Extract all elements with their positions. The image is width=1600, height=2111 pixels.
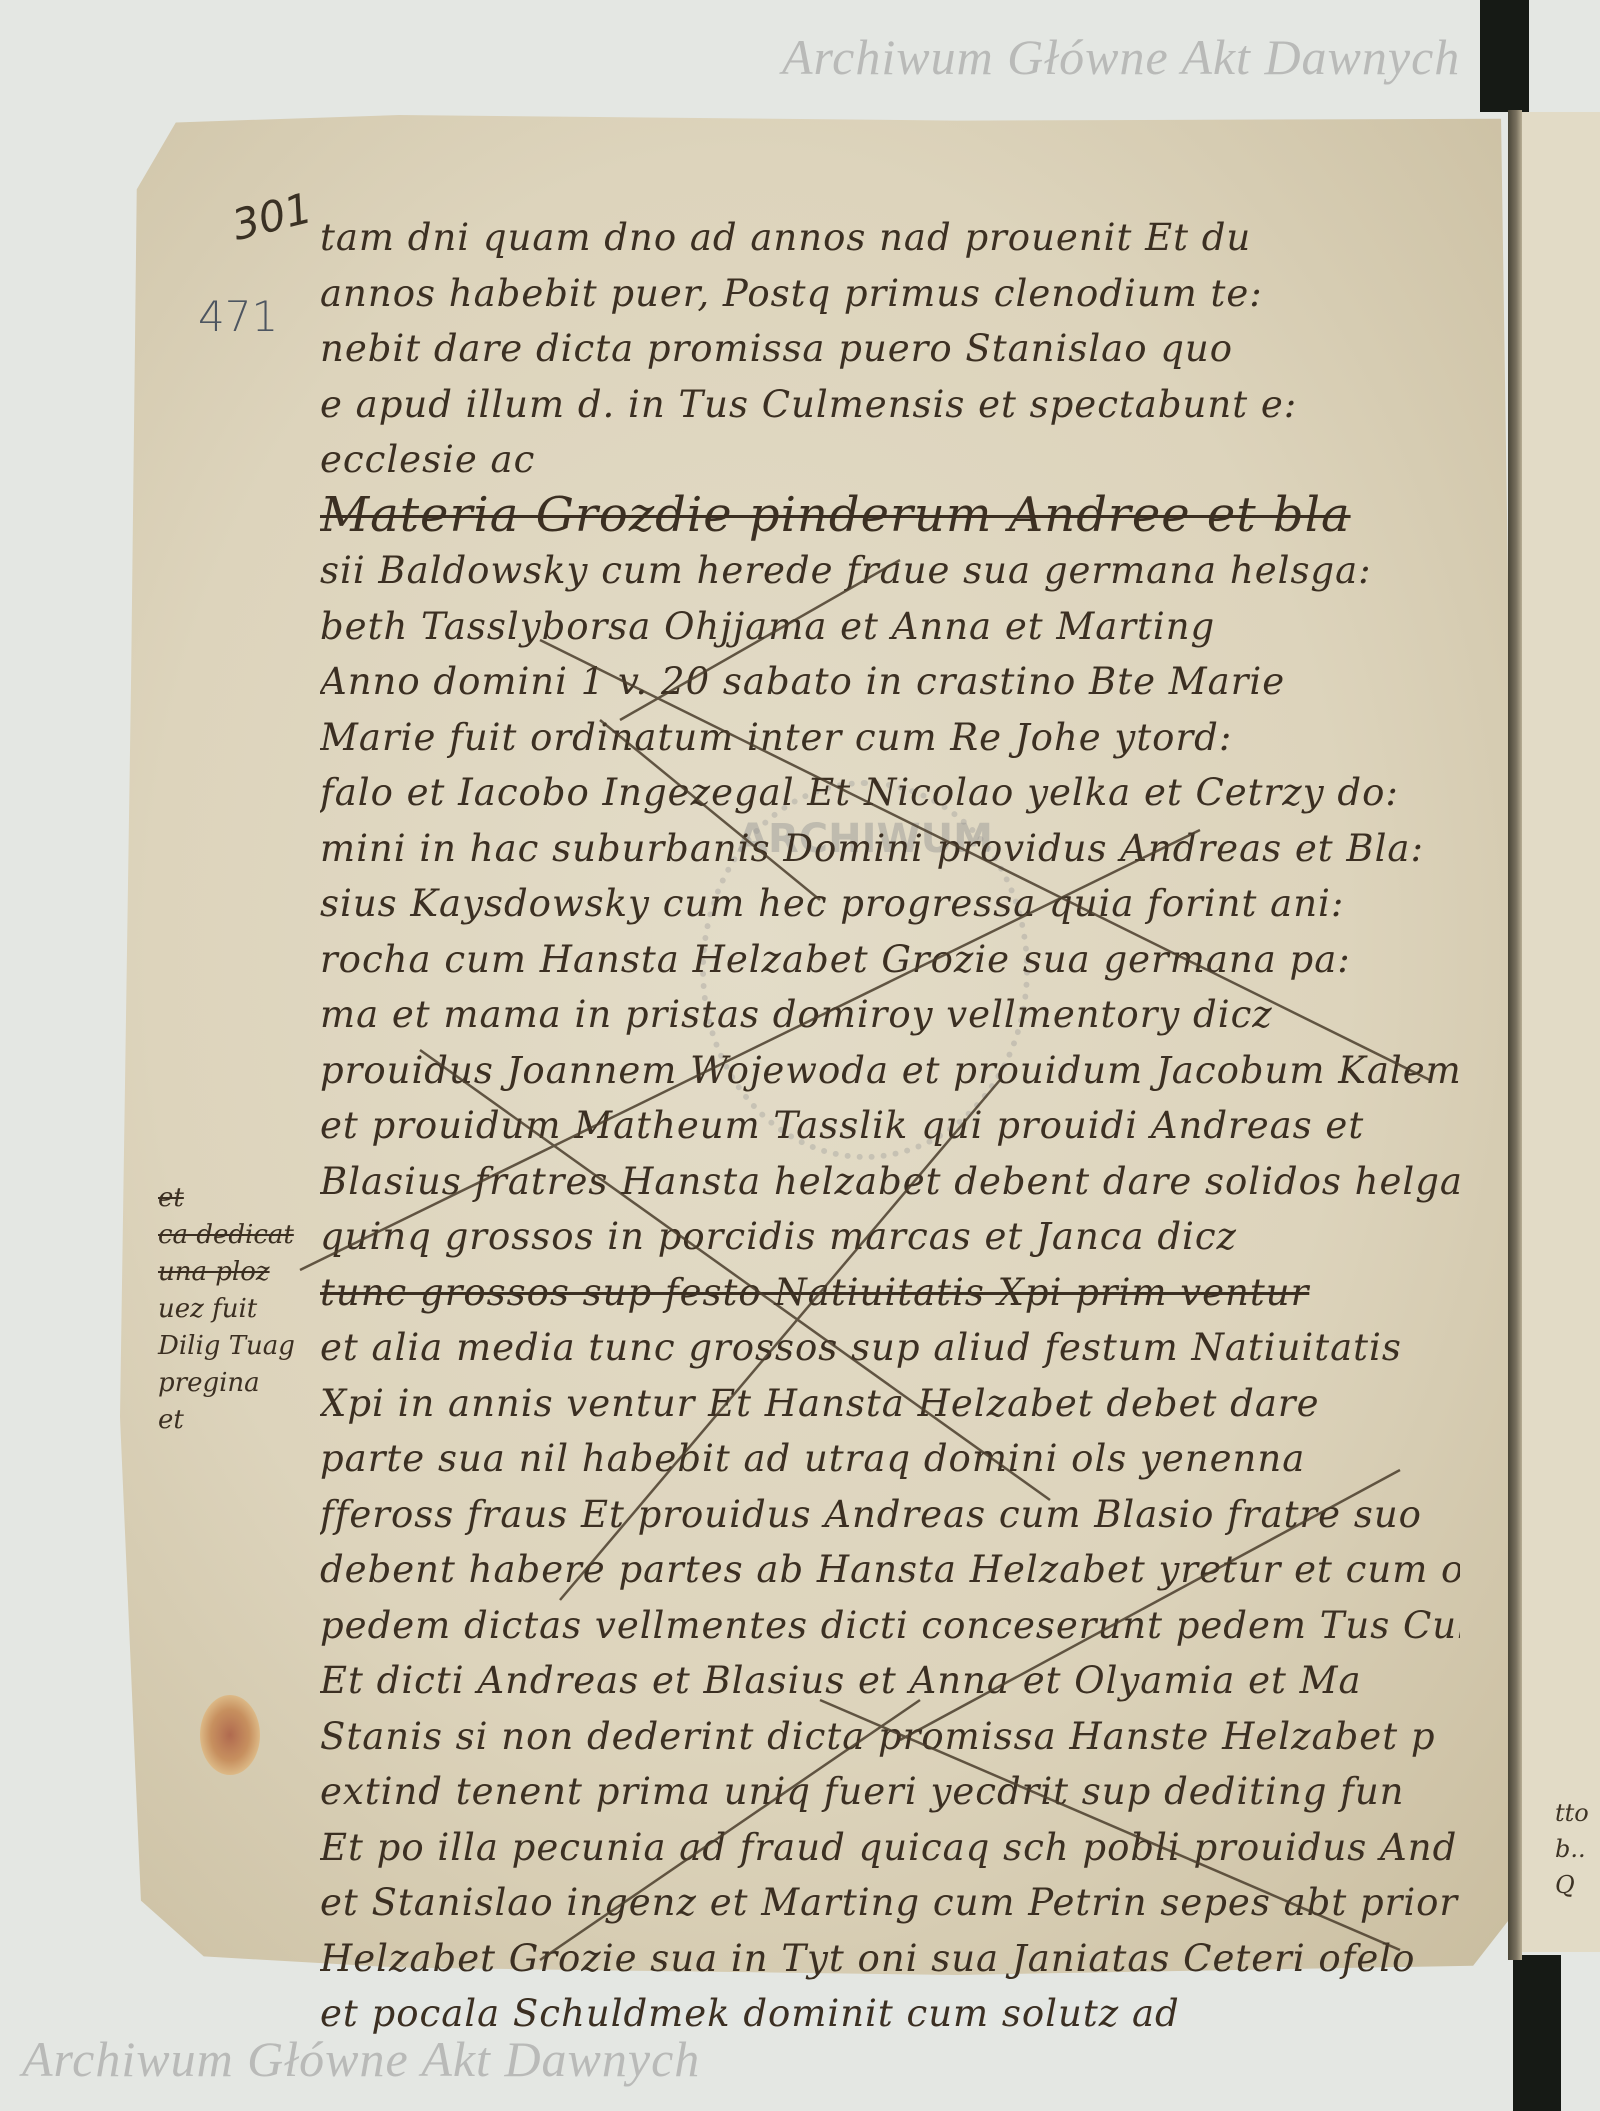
binding-strip-top [1480,0,1529,112]
archive-watermark-top: Archiwum Główne Akt Dawnych [782,28,1460,86]
margin-note-line: et [158,1180,308,1217]
manuscript-line: Xpi in annis ventur Et Hansta Helzabet d… [320,1376,1460,1432]
manuscript-line: Helzabet Grozie sua in Tyt oni sua Jania… [320,1931,1460,1987]
manuscript-line: e apud illum d. in Tus Culmensis et spec… [320,377,1460,433]
folio-number-pencil: 471 [198,292,278,341]
manuscript-line: nebit dare dicta promissa puero Stanisla… [320,321,1460,377]
facing-page-line: tto [1555,1795,1600,1831]
margin-note: etca dedicatuna plozuez fuitDilig Tuagpr… [158,1180,308,1439]
facing-page-line: b.. [1555,1831,1600,1867]
binding-strip-bottom [1513,1955,1561,2111]
manuscript-line: tam dni quam dno ad annos nad prouenit E… [320,210,1460,266]
archive-watermark-bottom: Archiwum Główne Akt Dawnych [22,2030,700,2088]
manuscript-line: ffeross fraus Et prouidus Andreas cum Bl… [320,1487,1460,1543]
margin-note-line: pregina [158,1365,308,1402]
margin-note-line: uez fuit [158,1291,308,1328]
manuscript-line: Anno domini 1 v. 20 sabato in crastino B… [320,654,1460,710]
margin-note-line: ca dedicat [158,1217,308,1254]
manuscript-line: sius Kaysdowsky cum hec progressa quia f… [320,876,1460,932]
manuscript-line: Blasius fratres Hansta helzabet debent d… [320,1154,1460,1210]
manuscript-line: et alia media tunc grossos sup aliud fes… [320,1320,1460,1376]
manuscript-line: et prouidum Matheum Tasslik qui prouidi … [320,1098,1460,1154]
manuscript-line: parte sua nil habebit ad utraq domini ol… [320,1431,1460,1487]
manuscript-line: debent habere partes ab Hansta Helzabet … [320,1542,1460,1598]
manuscript-line: extind tenent prima uniq fueri yecdrit s… [320,1764,1460,1820]
ink-stain [200,1695,260,1775]
manuscript-line: pedem dictas vellmentes dicti conceserun… [320,1598,1460,1654]
manuscript-line: annos habebit puer, Postq primus clenodi… [320,266,1460,322]
manuscript-line: Et po illa pecunia ad fraud quicaq sch p… [320,1820,1460,1876]
facing-page-edge [1522,112,1600,1952]
margin-note-line: una ploz [158,1254,308,1291]
facing-page-fragment: ttob..Q [1555,1795,1600,1903]
margin-note-line: et [158,1402,308,1439]
manuscript-line: tunc grossos sup festo Natiuitatis Xpi p… [320,1265,1460,1321]
page-gutter [1508,110,1522,1960]
manuscript-line: prouidus Joannem Wojewoda et prouidum Ja… [320,1043,1460,1099]
margin-note-line: Dilig Tuag [158,1328,308,1365]
manuscript-line: sii Baldowsky cum herede fraue sua germa… [320,543,1460,599]
manuscript-line: Stanis si non dederint dicta promissa Ha… [320,1709,1460,1765]
manuscript-text: tam dni quam dno ad annos nad prouenit E… [320,210,1460,2042]
manuscript-line: quinq grossos in porcidis marcas et Janc… [320,1209,1460,1265]
manuscript-line: beth Tasslyborsa Ohjjama et Anna et Mart… [320,599,1460,655]
manuscript-line: mini in hac suburbanis Domini providus A… [320,821,1460,877]
manuscript-line: falo et Iacobo Ingezegal Et Nicolao yelk… [320,765,1460,821]
manuscript-line: et Stanislao ingenz et Marting cum Petri… [320,1875,1460,1931]
facing-page-line: Q [1555,1867,1600,1903]
manuscript-line: ma et mama in pristas domiroy vellmentor… [320,987,1460,1043]
manuscript-line: Et dicti Andreas et Blasius et Anna et O… [320,1653,1460,1709]
manuscript-line: Marie fuit ordinatum inter cum Re Johe y… [320,710,1460,766]
manuscript-line: ecclesie ac [320,432,1460,488]
manuscript-line: rocha cum Hansta Helzabet Grozie sua ger… [320,932,1460,988]
manuscript-heading: Materia Grozdie pinderum Andree et bla [320,488,1460,544]
